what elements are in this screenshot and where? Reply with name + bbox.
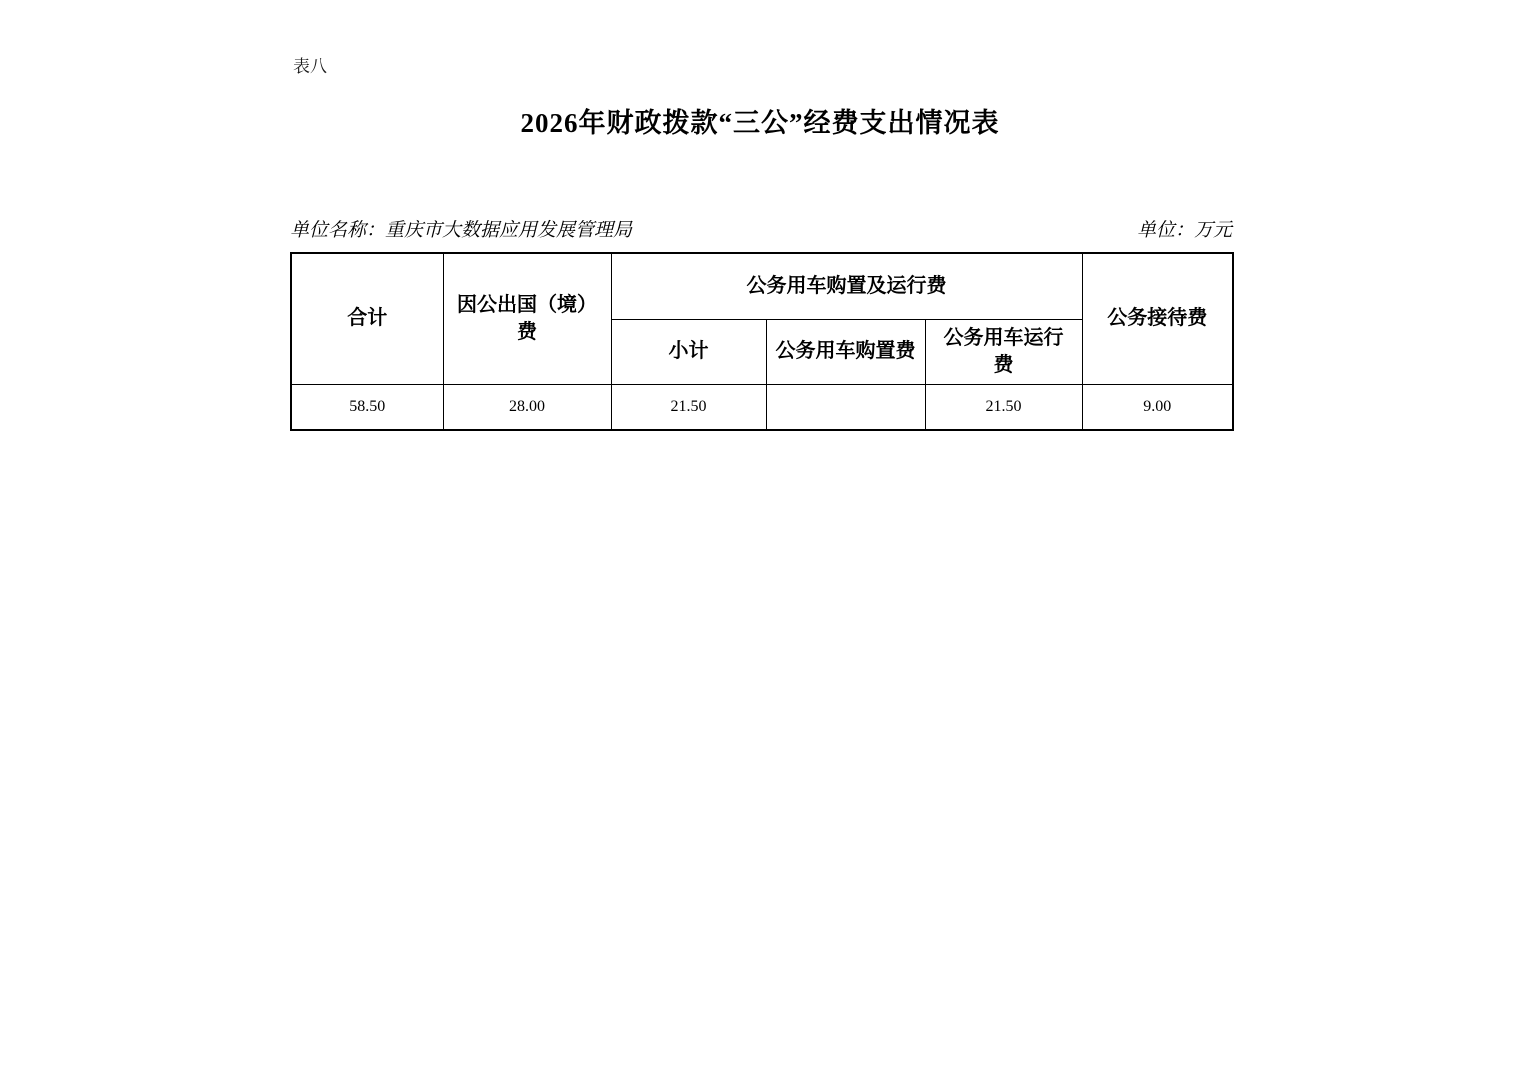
table-number-label: 表八 xyxy=(293,52,327,77)
table-header-row-1: 合计 因公出国（境）费 公务用车购置及运行费 公务接待费 xyxy=(291,253,1233,319)
page-title: 2026年财政拨款“三公”经费支出情况表 xyxy=(0,101,1520,140)
cell-total: 58.50 xyxy=(291,384,443,430)
cell-abroad-expense: 28.00 xyxy=(443,384,611,430)
cell-vehicle-purchase xyxy=(766,384,925,430)
meta-row: 单位名称：重庆市大数据应用发展管理局 单位：万元 xyxy=(290,215,1232,242)
header-vehicle-subtotal: 小计 xyxy=(611,319,766,384)
document-page: 表八 2026年财政拨款“三公”经费支出情况表 单位名称：重庆市大数据应用发展管… xyxy=(0,0,1520,1074)
unit-of-measure-label: 单位：万元 xyxy=(1137,215,1232,242)
header-vehicle-operation-text: 公务用车运行费 xyxy=(939,325,1069,379)
cell-reception-expense: 9.00 xyxy=(1082,384,1233,430)
header-abroad-expense: 因公出国（境）费 xyxy=(443,253,611,384)
cell-vehicle-operation: 21.50 xyxy=(925,384,1082,430)
header-total: 合计 xyxy=(291,253,443,384)
header-reception-expense: 公务接待费 xyxy=(1082,253,1233,384)
header-vehicle-operation: 公务用车运行费 xyxy=(925,319,1082,384)
unit-name-label: 单位名称：重庆市大数据应用发展管理局 xyxy=(290,215,632,242)
table-data-row: 58.50 28.00 21.50 21.50 9.00 xyxy=(291,384,1233,430)
header-vehicle-purchase: 公务用车购置费 xyxy=(766,319,925,384)
expense-table: 合计 因公出国（境）费 公务用车购置及运行费 公务接待费 小计 公务用车购置费 … xyxy=(290,252,1234,431)
header-vehicle-group: 公务用车购置及运行费 xyxy=(611,253,1082,319)
cell-vehicle-subtotal: 21.50 xyxy=(611,384,766,430)
header-abroad-expense-text: 因公出国（境）费 xyxy=(451,292,603,346)
